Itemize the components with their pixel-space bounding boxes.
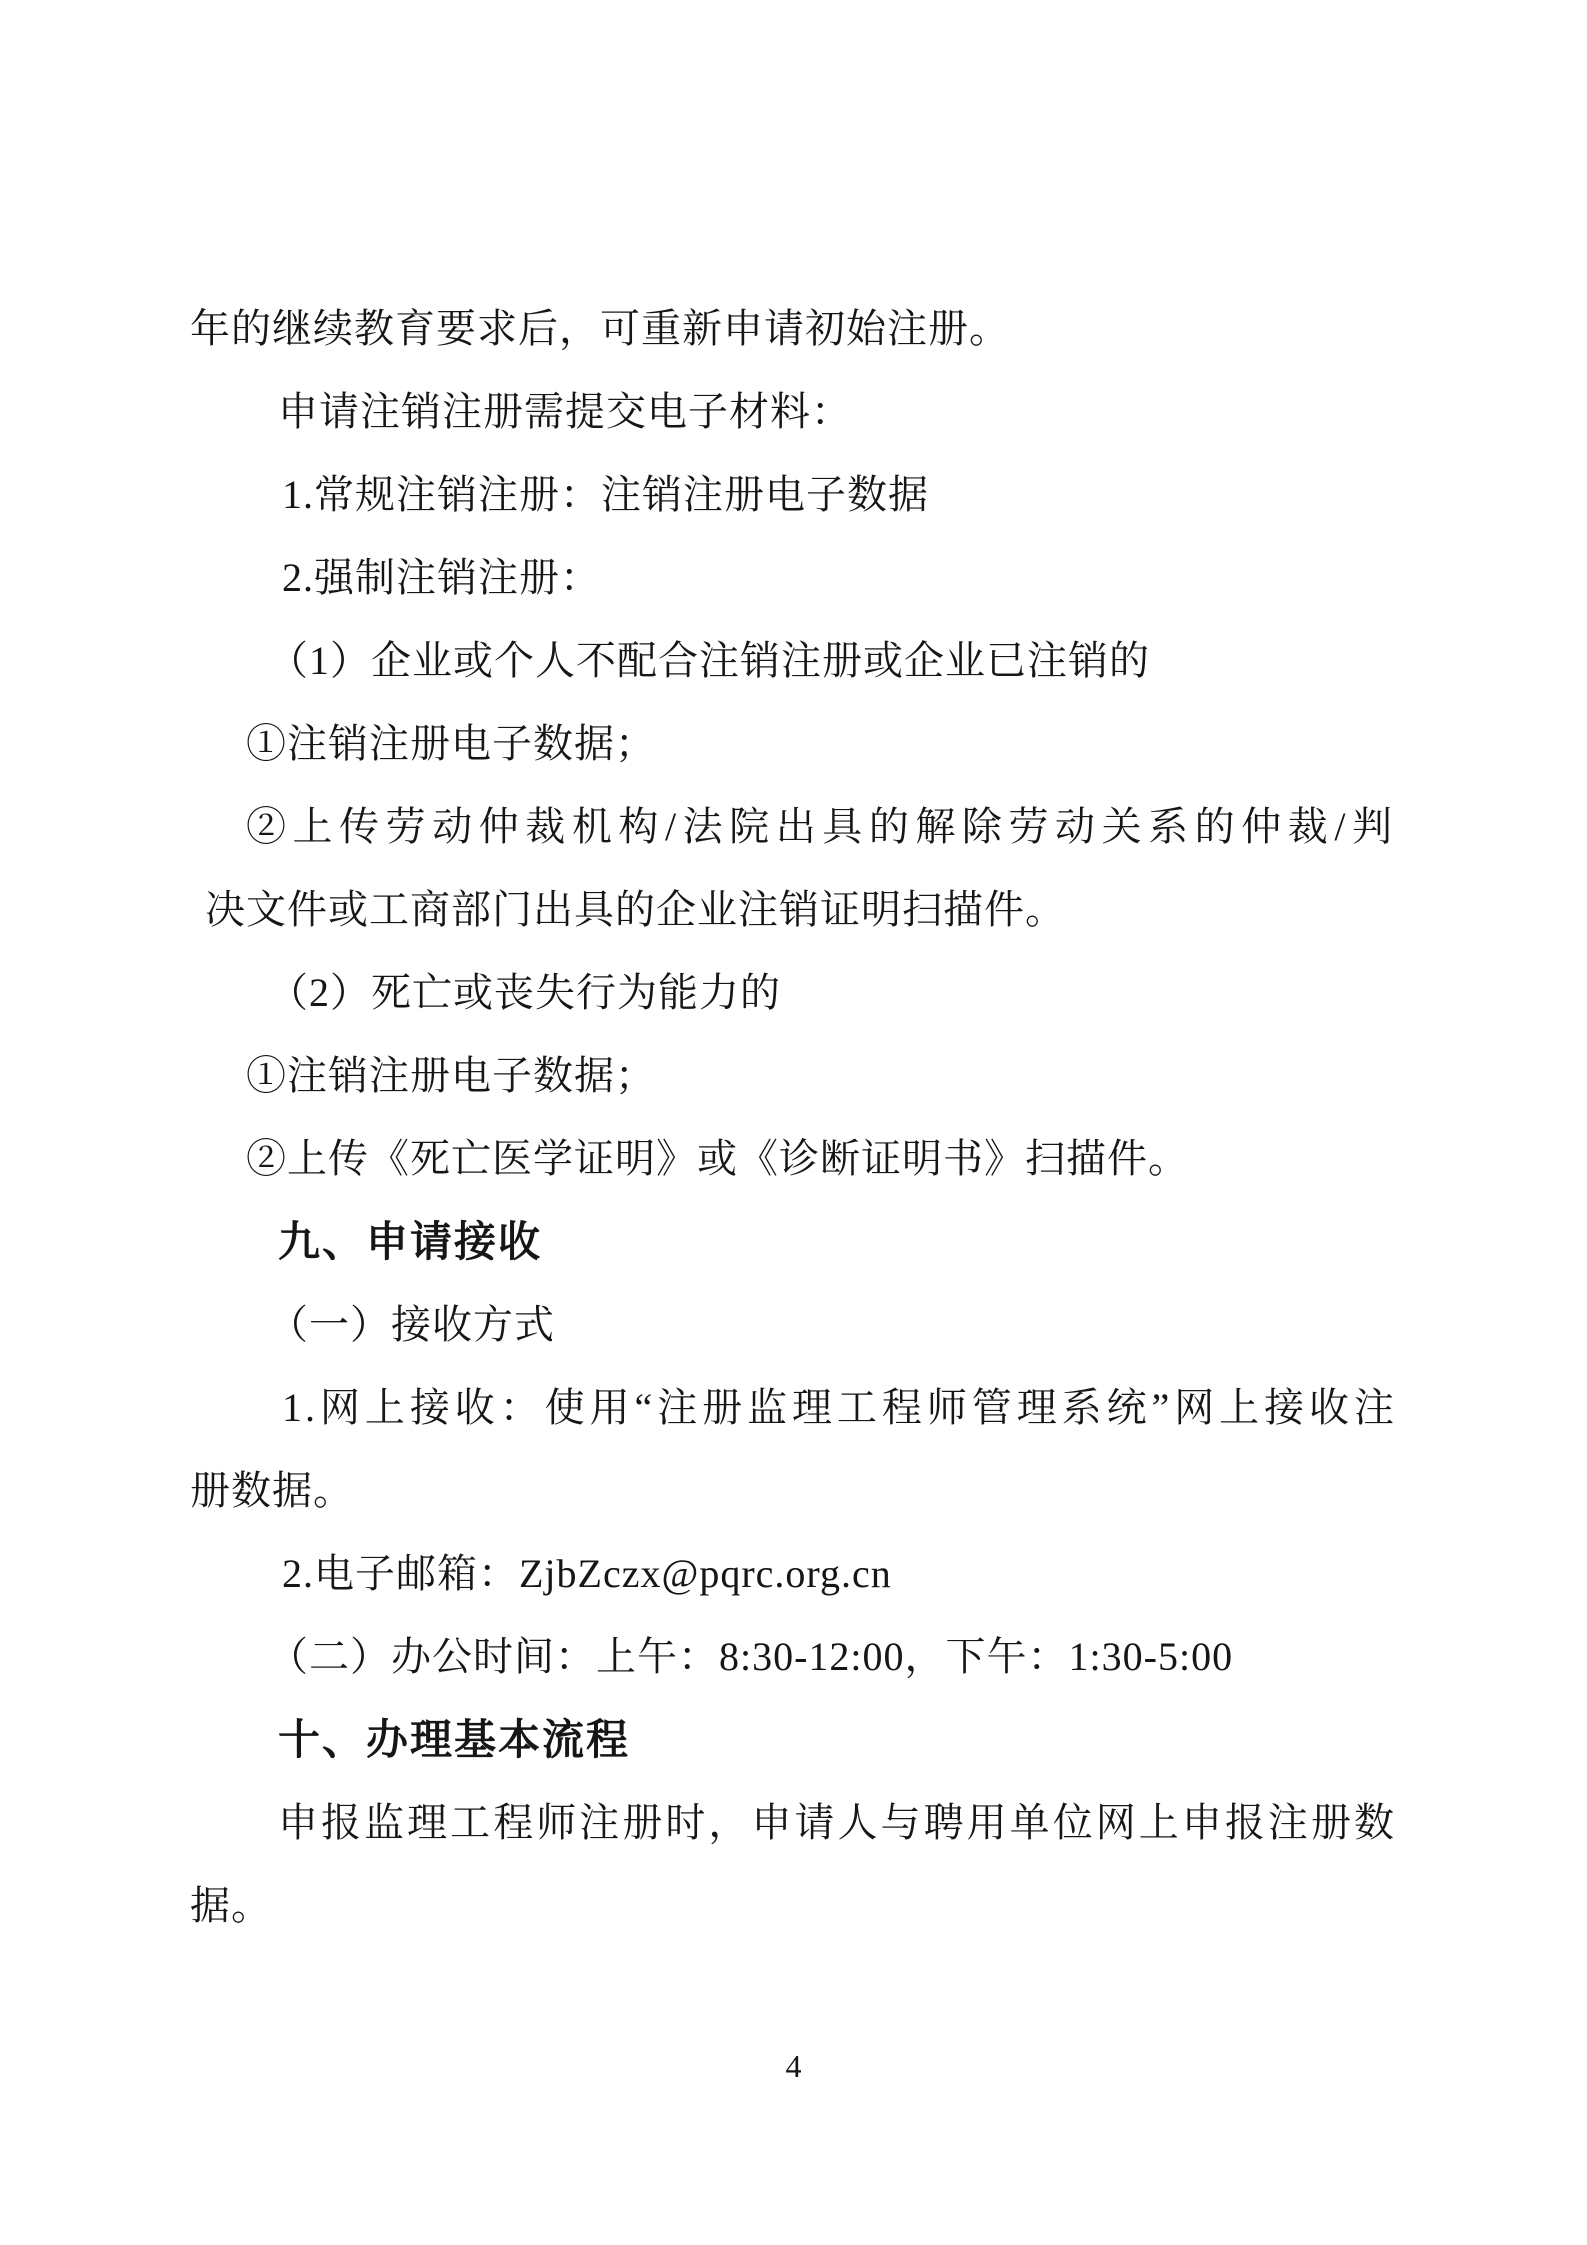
text-line: 申报监理工程师注册时，申请人与聘用单位网上申报注册数 xyxy=(278,1781,1397,1864)
text-line: ①注销注册电子数据； xyxy=(246,702,1397,785)
text-line: （二）办公时间：上午：8:30-12:00，下午：1:30-5:00 xyxy=(268,1615,1397,1698)
section-heading: 十、办理基本流程 xyxy=(278,1698,1397,1781)
text-line: ②上传劳动仲裁机构/法院出具的解除劳动关系的仲裁/判 xyxy=(246,785,1397,868)
document-body: 年的继续教育要求后，可重新申请初始注册。申请注销注册需提交电子材料：1.常规注销… xyxy=(190,287,1397,1947)
section-heading: 九、申请接收 xyxy=(278,1200,1397,1283)
text-line: ①注销注册电子数据； xyxy=(246,1034,1397,1117)
text-line: （一）接收方式 xyxy=(268,1283,1397,1366)
text-line: （1）企业或个人不配合注销注册或企业已注销的 xyxy=(268,619,1397,702)
text-line: （2）死亡或丧失行为能力的 xyxy=(268,951,1397,1034)
text-line: 据。 xyxy=(190,1864,1397,1947)
text-line: 1.网上接收：使用“注册监理工程师管理系统”网上接收注 xyxy=(282,1366,1397,1449)
text-line: 2.强制注销注册： xyxy=(282,536,1397,619)
text-line: 册数据。 xyxy=(190,1449,1397,1532)
text-line: 决文件或工商部门出具的企业注销证明扫描件。 xyxy=(205,868,1397,951)
text-line: 申请注销注册需提交电子材料： xyxy=(278,370,1397,453)
text-line: 1.常规注销注册：注销注册电子数据 xyxy=(282,453,1397,536)
page-number: 4 xyxy=(0,2046,1587,2086)
text-line: 2.电子邮箱：ZjbZczx@pqrc.org.cn xyxy=(282,1532,1397,1615)
document-page: 年的继续教育要求后，可重新申请初始注册。申请注销注册需提交电子材料：1.常规注销… xyxy=(0,0,1587,2245)
text-line: ②上传《死亡医学证明》或《诊断证明书》扫描件。 xyxy=(246,1117,1397,1200)
text-line: 年的继续教育要求后，可重新申请初始注册。 xyxy=(190,287,1397,370)
